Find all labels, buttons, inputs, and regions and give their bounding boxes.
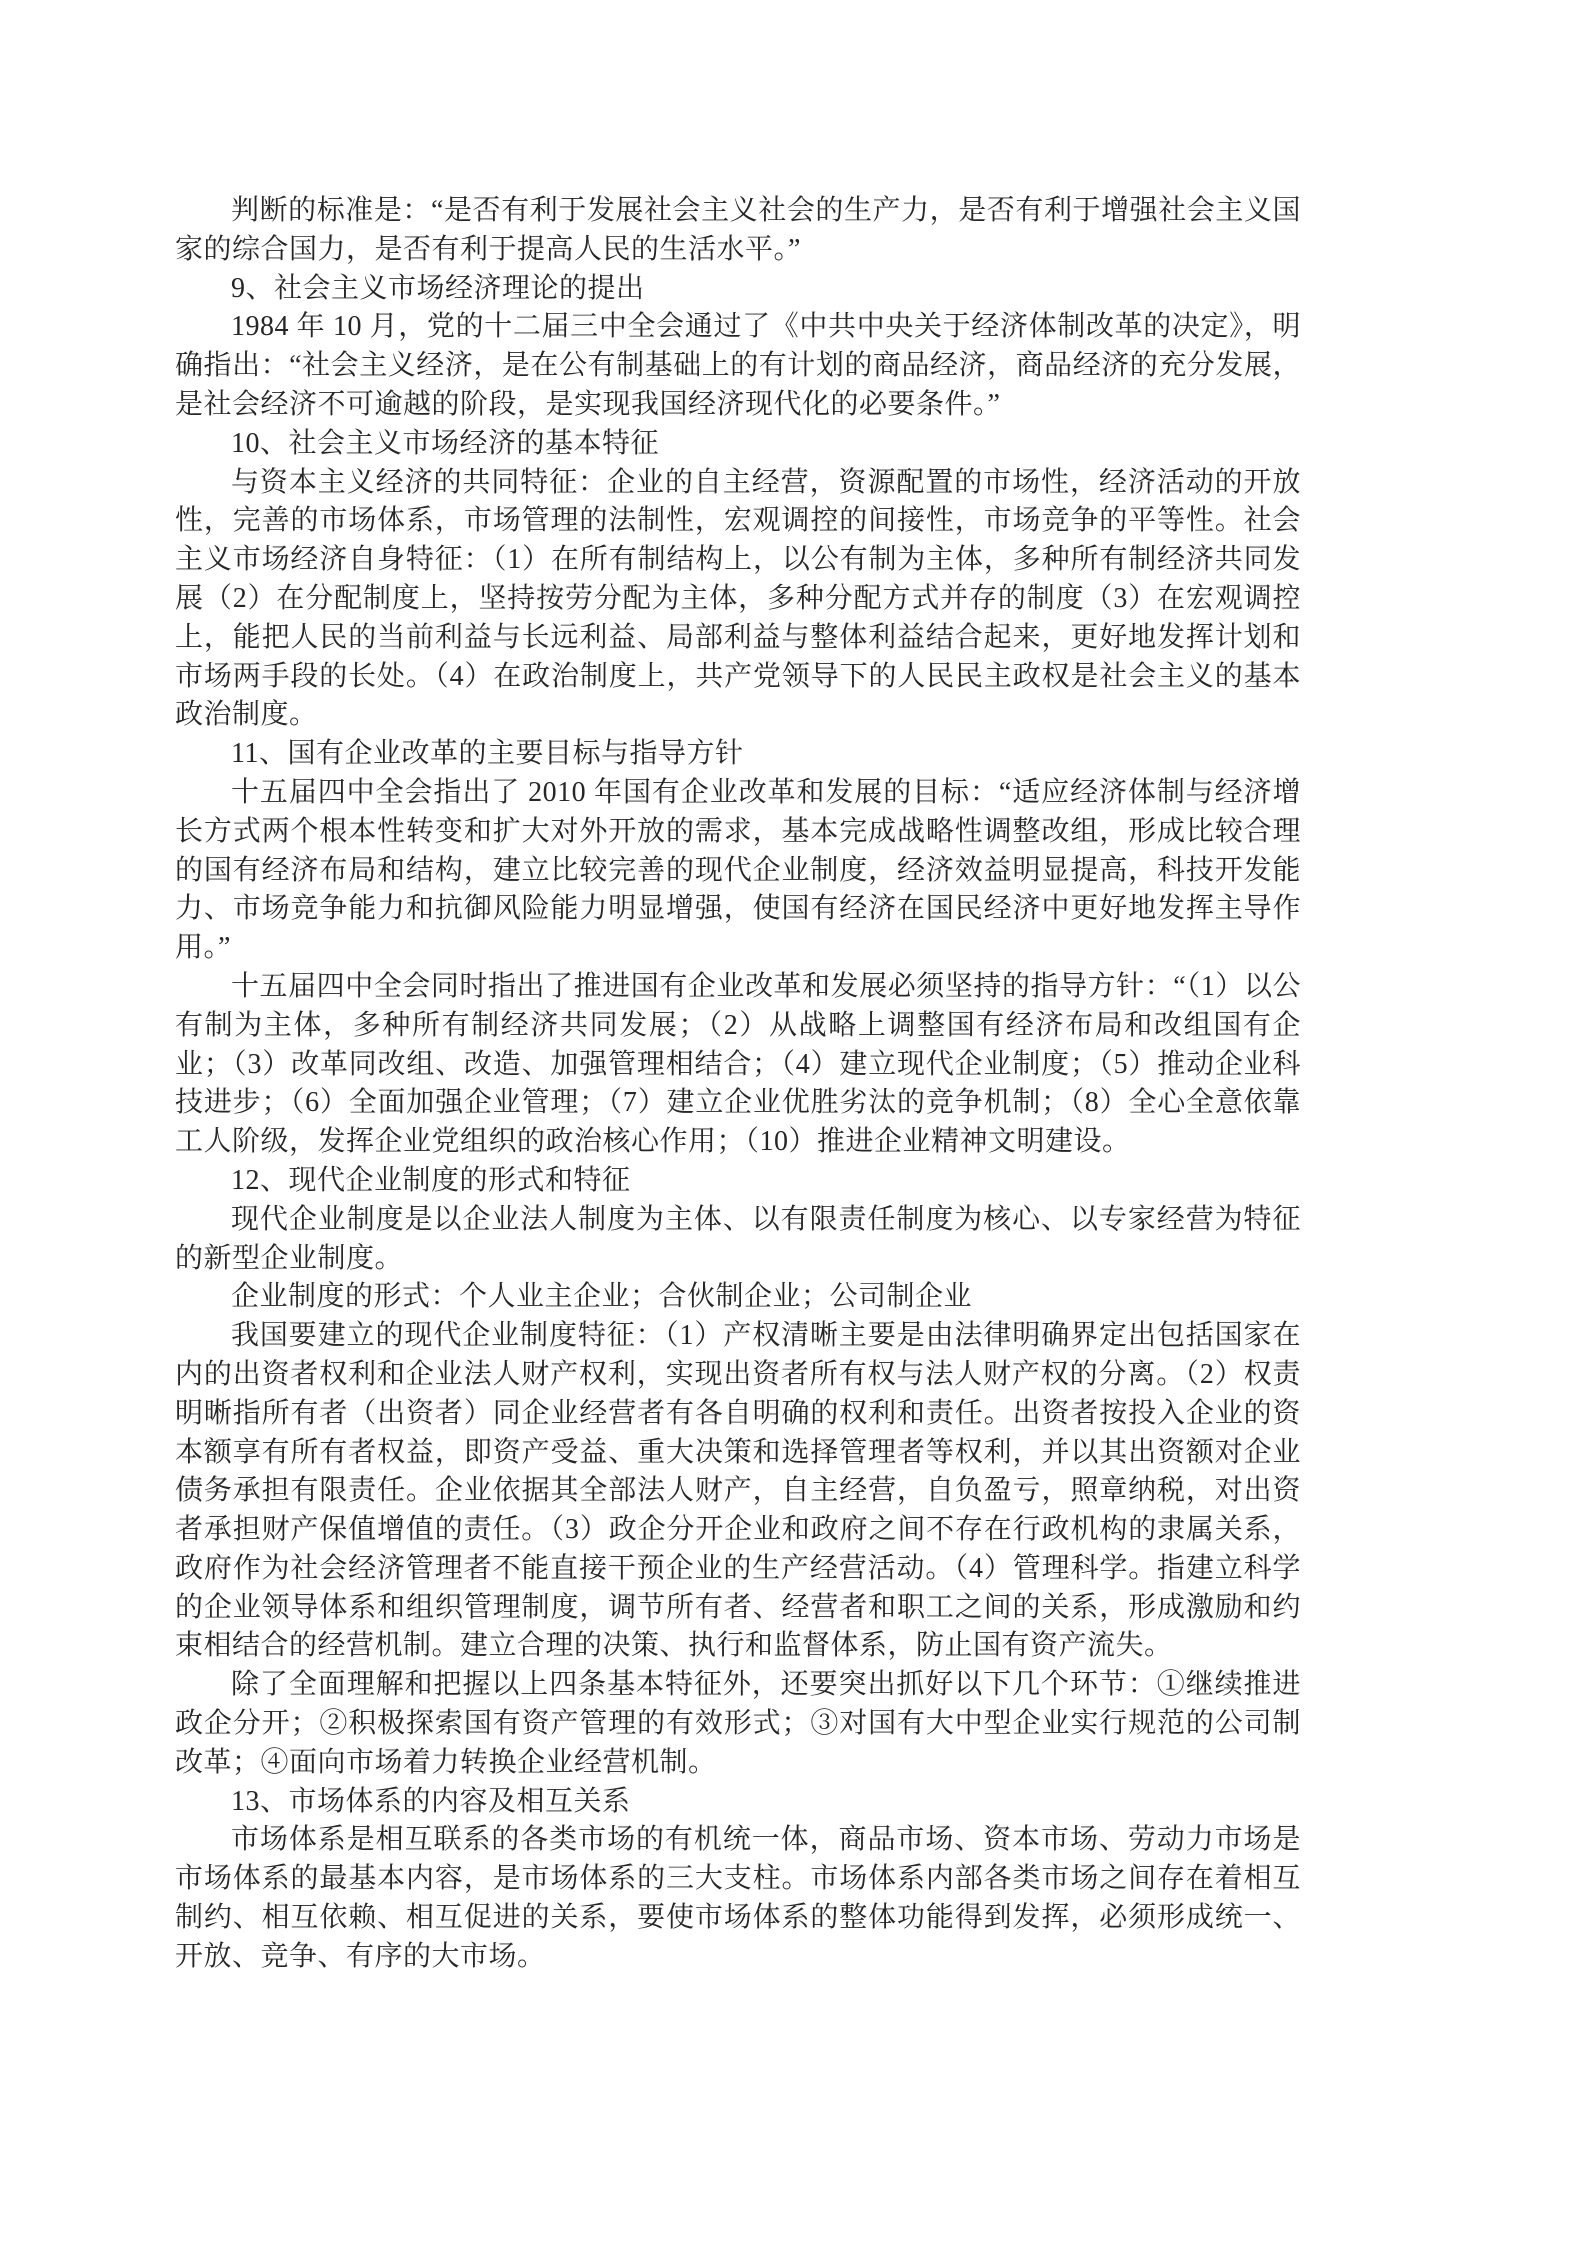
paragraph-soe-reform-goal: 十五届四中全会指出了 2010 年国有企业改革和发展的目标：“适应经济体制与经济… — [175, 774, 1301, 968]
heading-section-9: 9、社会主义市场经济理论的提出 — [175, 270, 1301, 309]
heading-section-12: 12、现代企业制度的形式和特征 — [175, 1162, 1301, 1201]
paragraph-judgment-standard: 判断的标准是：“是否有利于发展社会主义社会的生产力，是否有利于增强社会主义国家的… — [175, 192, 1301, 270]
document-page: 判断的标准是：“是否有利于发展社会主义社会的生产力，是否有利于增强社会主义国家的… — [0, 0, 1594, 2252]
paragraph-enterprise-forms: 企业制度的形式：个人业主企业；合伙制企业；公司制企业 — [175, 1278, 1301, 1317]
paragraph-four-key-links: 除了全面理解和把握以上四条基本特征外，还要突出抓好以下几个环节：①继续推进政企分… — [175, 1666, 1301, 1782]
document-text-block: 判断的标准是：“是否有利于发展社会主义社会的生产力，是否有利于增强社会主义国家的… — [175, 192, 1301, 1977]
paragraph-modern-enterprise-definition: 现代企业制度是以企业法人制度为主体、以有限责任制度为核心、以专家经营为特征的新型… — [175, 1201, 1301, 1279]
paragraph-market-system: 市场体系是相互联系的各类市场的有机统一体，商品市场、资本市场、劳动力市场是市场体… — [175, 1821, 1301, 1976]
paragraph-market-economy-features: 与资本主义经济的共同特征：企业的自主经营，资源配置的市场性，经济活动的开放性，完… — [175, 464, 1301, 736]
paragraph-1984-decision: 1984 年 10 月，党的十二届三中全会通过了《中共中央关于经济体制改革的决定… — [175, 308, 1301, 424]
paragraph-enterprise-system-features: 我国要建立的现代企业制度特征：（1）产权清晰主要是由法律明确界定出包括国家在内的… — [175, 1317, 1301, 1666]
paragraph-soe-reform-guidelines: 十五届四中全会同时指出了推进国有企业改革和发展必须坚持的指导方针：“（1）以公有… — [175, 968, 1301, 1162]
heading-section-11: 11、国有企业改革的主要目标与指导方针 — [175, 735, 1301, 774]
heading-section-10: 10、社会主义市场经济的基本特征 — [175, 425, 1301, 464]
heading-section-13: 13、市场体系的内容及相互关系 — [175, 1783, 1301, 1822]
